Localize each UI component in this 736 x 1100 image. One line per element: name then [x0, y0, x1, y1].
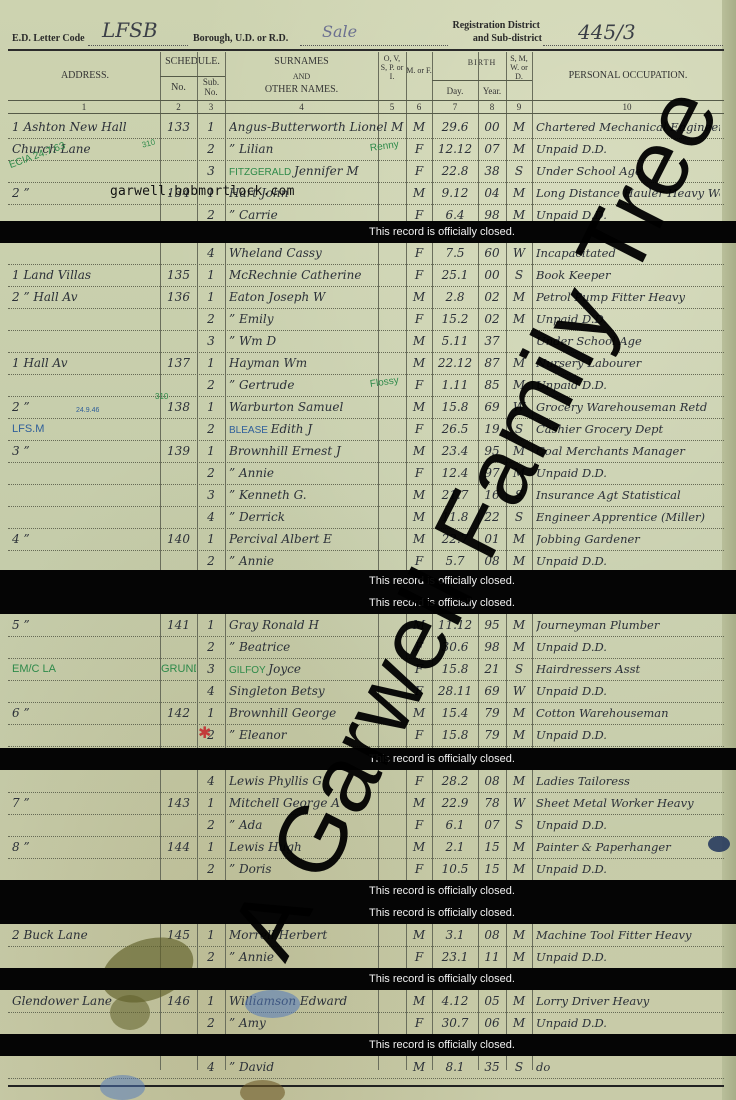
cell-occupation: Unpaid D.D. [536, 636, 720, 658]
cell-occupation: Unpaid D.D. [536, 138, 720, 160]
cell-day: 5.11 [433, 330, 477, 352]
colnum-rule [8, 113, 724, 114]
cell-sub: 3 [198, 160, 224, 182]
borough-value: Sale [322, 22, 357, 41]
cell-occupation: Hairdressers Asst [536, 658, 720, 680]
cell-year: 38 [479, 160, 505, 182]
cell-occupation: Jobbing Gardener [536, 528, 720, 550]
cell-occupation: Engineer Apprentice (Miller) [536, 506, 720, 528]
cell-note: Flossy [369, 370, 401, 396]
cell-day: 4.12 [433, 990, 477, 1012]
column-number: 4 [225, 102, 378, 112]
ink-blot [245, 990, 300, 1018]
cell-status: M [507, 374, 531, 396]
cell-status: M [507, 946, 531, 968]
cell-status: M [507, 138, 531, 160]
cell-address: 1 Ashton New Hall [12, 116, 158, 138]
cell-year: 19 [479, 418, 505, 440]
cell-occupation: Under School Age [536, 330, 720, 352]
cell-name: Lewis Phyllis G [229, 770, 406, 792]
cell-name: ” Beatrice [229, 636, 406, 658]
cell-sub: 2 [198, 550, 224, 572]
cell-sched: 137 [161, 352, 196, 374]
column-number: 9 [506, 102, 532, 112]
cell-mf: F [407, 680, 431, 702]
cell-sub: 1 [198, 924, 224, 946]
cell-status: M [507, 858, 531, 880]
cell-status: M [507, 702, 531, 724]
borough-dots [300, 45, 448, 46]
cell-occupation: Chartered Mechanical Engineer [536, 116, 720, 138]
census-register-page: E.D. Letter Code LFSB Borough, U.D. or R… [0, 0, 736, 1100]
col-occupation: PERSONAL OCCUPATION. [534, 70, 722, 82]
cell-day: 6.1 [433, 814, 477, 836]
cell-occupation: Unpaid D.D. [536, 374, 720, 396]
cell-status: S [507, 418, 531, 440]
cell-mf: M [407, 352, 431, 374]
cell-year: 60 [479, 242, 505, 264]
col-birth-day: Day. [432, 86, 478, 96]
cell-status: M [507, 614, 531, 636]
cell-day: 25.1 [433, 264, 477, 286]
cell-status: S [507, 658, 531, 680]
closed-record-bar: This record is officially closed. [0, 748, 736, 770]
ed-letter-code-value: LFSB [102, 18, 158, 42]
cell-sub: 3 [198, 484, 224, 506]
cell-mf: M [407, 286, 431, 308]
column-number: 1 [8, 102, 160, 112]
column-number: 5 [378, 102, 406, 112]
cell-note: Renny [369, 134, 401, 160]
cell-sched: 135 [161, 264, 196, 286]
cell-mf: F [407, 814, 431, 836]
cell-day: 15.4 [433, 702, 477, 724]
closed-record-bar: This record is officially closed. [0, 902, 736, 924]
cell-year: 87 [479, 352, 505, 374]
cell-occupation: Unpaid D.D. [536, 946, 720, 968]
cell-address: 8 ” [12, 836, 158, 858]
cell-mf: F [407, 946, 431, 968]
cell-sub: 1 [198, 836, 224, 858]
cell-sched: 144 [161, 836, 196, 858]
cell-address: 1 Hall Av [12, 352, 158, 374]
cell-sub: 2 [198, 308, 224, 330]
cell-day: 2.8 [433, 286, 477, 308]
cell-occupation: Unpaid D.D. [536, 724, 720, 746]
cell-sub: 4 [198, 1056, 224, 1078]
cell-day: 15.8 [433, 658, 477, 680]
cell-address: LFS.M [12, 418, 158, 440]
cell-day: 12.4 [433, 462, 477, 484]
col-schedule: SCHEDULE. [160, 56, 225, 68]
cell-mf: F [407, 636, 431, 658]
cell-mf: M [407, 990, 431, 1012]
cell-occupation: Cotton Warehouseman [536, 702, 720, 724]
col-birth-year: Year. [478, 86, 506, 96]
cell-occupation: Unpaid D.D. [536, 462, 720, 484]
cell-occupation: Journeyman Plumber [536, 614, 720, 636]
paper-stain [240, 1080, 285, 1100]
cell-day: 23.1 [433, 946, 477, 968]
cell-year: 97 [479, 462, 505, 484]
cell-year: 08 [479, 770, 505, 792]
cell-mf: M [407, 792, 431, 814]
district-dots [543, 45, 723, 46]
cell-occupation: Unpaid D.D. [536, 858, 720, 880]
cell-status: M [507, 1012, 531, 1034]
cell-name: Brownhill Ernest J [229, 440, 406, 462]
cell-year: 15 [479, 836, 505, 858]
cell-occupation: Grocery Warehouseman Retd [536, 396, 720, 418]
cell-occupation: Machine Tool Fitter Heavy [536, 924, 720, 946]
cell-status: M [507, 924, 531, 946]
cell-name: ” Kenneth G. [229, 484, 406, 506]
cell-year: 21 [479, 658, 505, 680]
cell-year: 00 [479, 264, 505, 286]
cell-year: 79 [479, 724, 505, 746]
closed-record-bar: This record is officially closed. [0, 880, 736, 902]
cell-year: 69 [479, 396, 505, 418]
cell-day: 15.2 [433, 308, 477, 330]
cell-day: 11.8 [433, 506, 477, 528]
closed-record-bar: This record is officially closed. [0, 221, 736, 243]
col-address: ADDRESS. [20, 70, 150, 82]
cell-sub: 4 [198, 680, 224, 702]
cell-mf: M [407, 614, 431, 636]
birth-subhead-rule [432, 80, 532, 81]
cell-year: 78 [479, 792, 505, 814]
cell-status: S [507, 484, 531, 506]
cell-occupation: Book Keeper [536, 264, 720, 286]
cell-sub: 2 [198, 374, 224, 396]
margin-note-date: 24.9.46 [76, 406, 99, 416]
margin-note-310b: 310 [155, 386, 168, 408]
cell-status: M [507, 440, 531, 462]
cell-address: 7 ” [12, 792, 158, 814]
cell-year: 11 [479, 946, 505, 968]
cell-sub: 3 [198, 658, 224, 680]
cell-day: 28.2 [433, 770, 477, 792]
cell-address: EM/C LA [12, 658, 158, 680]
cell-sub: 4 [198, 506, 224, 528]
cell-day: 10.5 [433, 858, 477, 880]
cell-name: Eaton Joseph W [229, 286, 406, 308]
cell-occupation: Incapacitated [536, 242, 720, 264]
cell-occupation: Petrol Pump Fitter Heavy [536, 286, 720, 308]
cell-status: M [507, 724, 531, 746]
column-number: 6 [406, 102, 432, 112]
cell-status: W [507, 242, 531, 264]
page-edge [722, 0, 736, 1100]
col-ovspi: O, V, S, P. or I. [380, 54, 404, 82]
cell-status: M [507, 636, 531, 658]
cell-name: ” Derrick [229, 506, 406, 528]
cell-name: ” Doris [229, 858, 406, 880]
cell-status: S [507, 264, 531, 286]
cell-day: 21.7 [433, 484, 477, 506]
col-schedule-no: No. [160, 82, 197, 94]
column-number: 7 [432, 102, 478, 112]
cell-year: 37 [479, 330, 505, 352]
cell-year: 35 [479, 1056, 505, 1078]
cell-day: 15.8 [433, 396, 477, 418]
district-value: 445/3 [578, 20, 636, 44]
cell-year: 69 [479, 680, 505, 702]
cell-sub: 2 [198, 946, 224, 968]
cell-status: S [507, 506, 531, 528]
cell-mf: F [407, 242, 431, 264]
cell-status: M [507, 462, 531, 484]
cell-status: M [507, 182, 531, 204]
cell-mf: M [407, 330, 431, 352]
cell-sub: 4 [198, 770, 224, 792]
cell-status: W [507, 792, 531, 814]
cell-year: 95 [479, 440, 505, 462]
cell-address: 5 ” [12, 614, 158, 636]
cell-day: 7.5 [433, 242, 477, 264]
cell-sub: 2 [198, 858, 224, 880]
cell-year: 95 [479, 614, 505, 636]
cell-name: Angus-Butterworth Lionel M [229, 116, 406, 138]
cell-day: 28.11 [433, 680, 477, 702]
closed-record-bar: This record is officially closed. [0, 968, 736, 990]
cell-status: M [507, 990, 531, 1012]
cell-address: 1 Land Villas [12, 264, 158, 286]
cell-occupation: Unpaid D.D. [536, 550, 720, 572]
closed-record-bar: This record is officially closed. [0, 570, 736, 592]
cell-name: Gray Ronald H [229, 614, 406, 636]
cell-day: 1.11 [433, 374, 477, 396]
cell-name: Mitchell George A [229, 792, 406, 814]
cell-status: M [507, 286, 531, 308]
cell-status: M [507, 308, 531, 330]
cell-status: M [507, 770, 531, 792]
cell-name: ” David [229, 1056, 406, 1078]
cell-year: 02 [479, 286, 505, 308]
cell-name: Warburton Samuel [229, 396, 406, 418]
col-surnames-2: AND [225, 72, 378, 81]
cell-day: 22.9 [433, 792, 477, 814]
header-rule [8, 49, 724, 51]
cell-status: S [507, 1056, 531, 1078]
cell-day: 11.12 [433, 614, 477, 636]
column-number: 10 [532, 102, 722, 112]
cell-mf: F [407, 418, 431, 440]
cell-name: Morrell Herbert [229, 924, 406, 946]
cell-occupation: Unpaid D.D. [536, 1012, 720, 1034]
cell-sub: 2 [198, 636, 224, 658]
cell-occupation: Ladies Tailoress [536, 770, 720, 792]
cell-name: ” Annie [229, 462, 406, 484]
ed-letter-code-label: E.D. Letter Code [12, 33, 85, 44]
cell-year: 98 [479, 636, 505, 658]
borough-label: Borough, U.D. or R.D. [193, 33, 288, 44]
column-number: 2 [160, 102, 197, 112]
cell-occupation: Painter & Paperhanger [536, 836, 720, 858]
cell-occupation: Long Distance Hauler Heavy Worker Travel… [536, 182, 720, 204]
district-label-1: Registration District [450, 20, 540, 31]
cell-mf: F [407, 308, 431, 330]
row-rule [8, 746, 724, 747]
cell-sched: 136 [161, 286, 196, 308]
cell-sched: 139 [161, 440, 196, 462]
cell-sub: 2 [198, 418, 224, 440]
cell-mf: F [407, 374, 431, 396]
cell-name: ” Wm D [229, 330, 406, 352]
cell-year: 85 [479, 374, 505, 396]
cell-mf: F [407, 550, 431, 572]
cell-sub: 1 [198, 440, 224, 462]
cell-occupation: do [536, 1056, 720, 1078]
col-mf: M. or F. [406, 66, 432, 75]
cell-mf: M [407, 924, 431, 946]
cell-mf: M [407, 836, 431, 858]
cell-status: M [507, 116, 531, 138]
cell-day: 30.6 [433, 636, 477, 658]
col-surnames-1: SURNAMES [225, 56, 378, 68]
cell-name: ” Emily [229, 308, 406, 330]
closed-record-bar: This record is officially closed. [0, 1034, 736, 1056]
cell-status: M [507, 550, 531, 572]
cell-mf: F [407, 770, 431, 792]
cell-occupation: Lorry Driver Heavy [536, 990, 720, 1012]
cell-name: Wheland Cassy [229, 242, 406, 264]
colhead-rule [8, 100, 724, 101]
col-surnames-3: OTHER NAMES. [225, 84, 378, 96]
cell-occupation: Coal Merchants Manager [536, 440, 720, 462]
cell-year: 22 [479, 506, 505, 528]
cell-sub: 1 [198, 286, 224, 308]
cell-name: ” Annie [229, 946, 406, 968]
schedule-subhead-rule [160, 76, 225, 77]
cell-occupation: Cashier Grocery Dept [536, 418, 720, 440]
cell-mf: M [407, 182, 431, 204]
cell-sub: 1 [198, 352, 224, 374]
cell-status: W [507, 396, 531, 418]
cell-name: BLEASE Edith J [229, 418, 406, 442]
cell-occupation: Sheet Metal Worker Heavy [536, 792, 720, 814]
cell-sub: 1 [198, 528, 224, 550]
cell-day: 5.7 [433, 550, 477, 572]
cell-mf: F [407, 724, 431, 746]
cell-day: 15.8 [433, 724, 477, 746]
cell-name: GILFOY Joyce [229, 658, 406, 682]
cell-sched: GRUNDY [161, 658, 196, 680]
cell-sched: 133 [161, 116, 196, 138]
cell-sub: 3 [198, 330, 224, 352]
ink-blot [100, 1075, 145, 1100]
cell-mf: M [407, 506, 431, 528]
cell-name: Hayman Wm [229, 352, 406, 374]
cell-year: 07 [479, 814, 505, 836]
cell-day: 23.4 [433, 440, 477, 462]
cell-name: Brownhill George [229, 702, 406, 724]
cell-address: 6 ” [12, 702, 158, 724]
cell-mf: F [407, 462, 431, 484]
cell-status: M [507, 352, 531, 374]
cell-day: 29.6 [433, 116, 477, 138]
cell-year: 15 [479, 858, 505, 880]
cell-day: 12.12 [433, 138, 477, 160]
red-asterisk: ✱ [198, 722, 211, 744]
col-schedule-sub: Sub. No. [197, 77, 225, 98]
cell-day: 22.7 [433, 528, 477, 550]
cell-sub: 2 [198, 462, 224, 484]
cell-year: 16 [479, 484, 505, 506]
cell-year: 05 [479, 990, 505, 1012]
cell-sched: 142 [161, 702, 196, 724]
cell-mf: F [407, 264, 431, 286]
cell-sub: 1 [198, 116, 224, 138]
cell-year: 08 [479, 924, 505, 946]
cell-name: ” Ada [229, 814, 406, 836]
cell-year: 79 [479, 702, 505, 724]
cell-mf: M [407, 702, 431, 724]
cell-mf: M [407, 396, 431, 418]
cell-sched: 140 [161, 528, 196, 550]
cell-year: 04 [479, 182, 505, 204]
cell-mf: M [407, 440, 431, 462]
cell-day: 26.5 [433, 418, 477, 440]
column-number: 8 [478, 102, 506, 112]
cell-sub: 2 [198, 814, 224, 836]
cell-sub: 1 [198, 702, 224, 724]
cell-mf: F [407, 858, 431, 880]
cell-day: 8.1 [433, 1056, 477, 1078]
cell-day: 22.12 [433, 352, 477, 374]
cell-day: 22.8 [433, 160, 477, 182]
cell-status: M [507, 528, 531, 550]
cell-sub: 1 [198, 264, 224, 286]
cell-sub: 2 [198, 1012, 224, 1034]
cell-name: ” Eleanor [229, 724, 406, 746]
cell-address: 4 ” [12, 528, 158, 550]
cell-sub: 1 [198, 990, 224, 1012]
cell-occupation: Unpaid D.D. [536, 308, 720, 330]
cell-sub: 1 [198, 614, 224, 636]
cell-status: S [507, 160, 531, 182]
cell-sched: 141 [161, 614, 196, 636]
col-smwd: S, M, W. or D. [508, 54, 530, 82]
cell-occupation: Unpaid D.D. [536, 680, 720, 702]
cell-mf: M [407, 528, 431, 550]
cell-name: ” Annie [229, 550, 406, 572]
cell-occupation: Nursery Labourer [536, 352, 720, 374]
cell-occupation: Under School Age [536, 160, 720, 182]
cell-name: Lewis Hugh [229, 836, 406, 858]
cell-mf: F [407, 138, 431, 160]
cell-address: 2 ” Hall Av [12, 286, 158, 308]
cell-occupation: Insurance Agt Statistical [536, 484, 720, 506]
cell-mf: M [407, 484, 431, 506]
cell-year: 01 [479, 528, 505, 550]
cell-year: 08 [479, 550, 505, 572]
ink-blot [708, 836, 730, 852]
cell-address: 3 ” [12, 440, 158, 462]
cell-sub: 2 [198, 138, 224, 160]
cell-year: 07 [479, 138, 505, 160]
cell-name: FITZGERALD Jennifer M [229, 160, 406, 184]
cell-name: Singleton Betsy [229, 680, 406, 702]
cell-occupation: Unpaid D.D. [536, 814, 720, 836]
ed-dots [88, 45, 188, 46]
cell-sched: 143 [161, 792, 196, 814]
cell-status: S [507, 814, 531, 836]
cell-mf: F [407, 160, 431, 182]
cell-name: Percival Albert E [229, 528, 406, 550]
cell-day: 9.12 [433, 182, 477, 204]
cell-sub: 4 [198, 242, 224, 264]
